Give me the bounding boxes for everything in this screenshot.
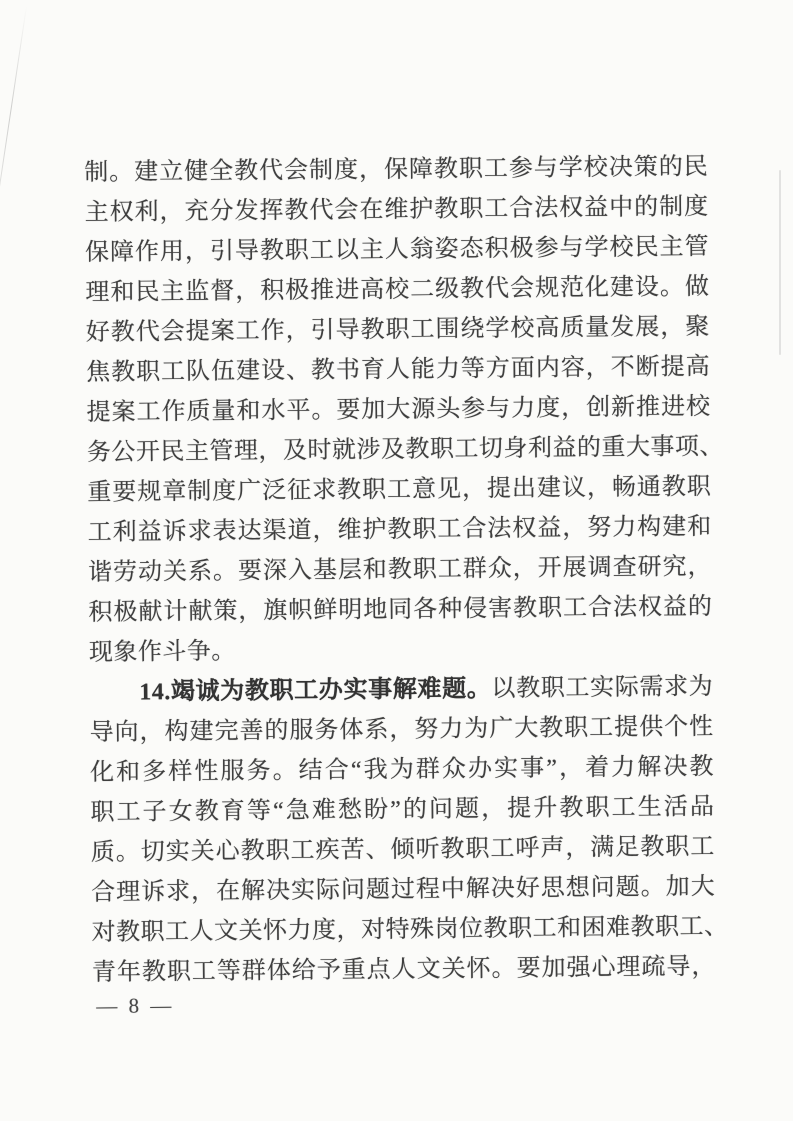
text-line: 好教代会提案工作，引导教职工围绕学校高质量发展，聚 (86, 307, 710, 353)
text-line: 合理诉求，在解决实际问题过程中解决好思想问题。加大 (91, 867, 715, 913)
text-line: 提案工作质量和水平。要加大源头参与力度，创新推进校 (86, 387, 710, 433)
paragraph-end-line: 现象作斗争。 (89, 627, 713, 673)
text-line: 主权利，充分发挥教代会在维护教职工合法权益中的制度 (84, 187, 708, 233)
text-line: 务公开民主管理，及时就涉及教职工切身利益的重大事项、 (87, 427, 711, 473)
text-line: 导向，构建完善的服务体系，努力为广大教职工提供个性 (89, 707, 713, 753)
text-line: 重要规章制度广泛征求教职工意见，提出建议，畅通教职 (87, 467, 711, 513)
item-14-body-start: 以教职工实际需求为 (491, 674, 713, 702)
document-content: 制。建立健全教代会制度，保障教职工参与学校决策的民 主权利，充分发挥教代会在维护… (0, 0, 793, 1121)
scanned-document-page: 制。建立健全教代会制度，保障教职工参与学校决策的民 主权利，充分发挥教代会在维护… (0, 0, 793, 1121)
text-line: 质。切实关心教职工疾苦、倾听教职工呼声，满足教职工 (91, 827, 715, 873)
text-line: 谐劳动关系。要深入基层和教职工群众，开展调查研究， (88, 547, 712, 593)
text-line: 积极献计献策，旗帜鲜明地同各种侵害教职工合法权益的 (88, 587, 712, 633)
page-number: — 8 — (96, 992, 174, 1019)
item-14-heading: 14.竭诚为教职工办实事解难题。 (139, 676, 491, 705)
item-14-heading-line: 14.竭诚为教职工办实事解难题。以教职工实际需求为 (89, 667, 713, 713)
text-line: 保障作用，引导教职工以主人翁姿态积极参与学校民主管 (85, 227, 709, 273)
text-line: 工利益诉求表达渠道，维护教职工合法权益，努力构建和 (88, 507, 712, 553)
text-line: 制。建立健全教代会制度，保障教职工参与学校决策的民 (84, 147, 708, 193)
body-text-block: 制。建立健全教代会制度，保障教职工参与学校决策的民 主权利，充分发挥教代会在维护… (84, 147, 716, 993)
text-line: 职工子女教育等“急难愁盼”的问题，提升教职工生活品 (90, 787, 714, 833)
text-line: 化和多样性服务。结合“我为群众办实事”，着力解决教 (90, 747, 714, 793)
text-line: 理和民主监督，积极推进高校二级教代会规范化建设。做 (85, 267, 709, 313)
text-line: 对教职工人文关怀力度，对特殊岗位教职工和困难教职工、 (91, 907, 715, 953)
text-line: 焦教职工队伍建设、教书育人能力等方面内容，不断提高 (86, 347, 710, 393)
text-line: 青年教职工等群体给予重点人文关怀。要加强心理疏导， (92, 947, 716, 993)
